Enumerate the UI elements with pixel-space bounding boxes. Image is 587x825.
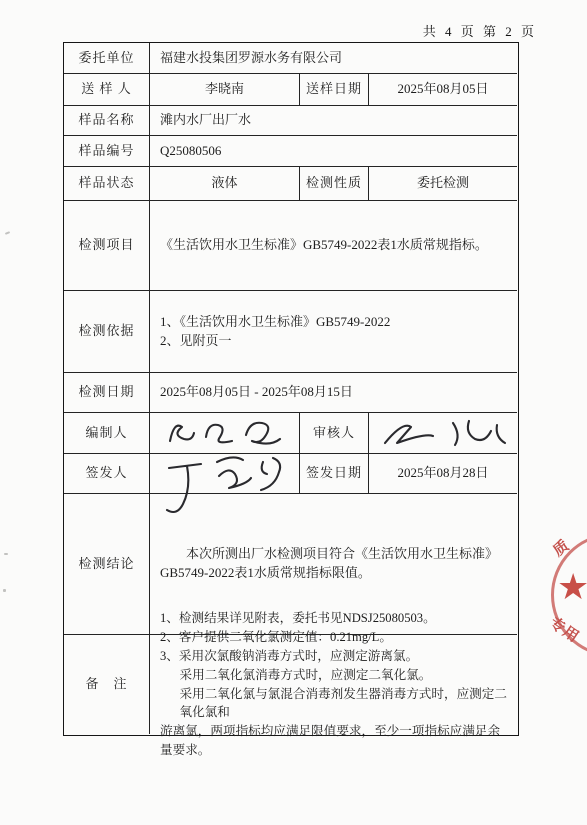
sample-no-label: 样品编号: [64, 136, 150, 167]
issue-date-label: 签发日期: [300, 454, 369, 494]
test-basis-line-2: 2、见附页一: [160, 332, 232, 351]
issuer-label: 签发人: [64, 454, 150, 494]
red-seal-partial: 质 ★ 专用: [547, 531, 587, 663]
test-items-value: 《生活饮用水卫生标准》GB5749-2022表1水质常规指标。: [150, 201, 517, 291]
sampler-value: 李晓南: [150, 74, 300, 106]
sample-date-value: 2025年08月05日: [369, 74, 517, 106]
sample-name-value: 滩内水厂出厂水: [150, 106, 517, 136]
conclusion-text: 本次所测出厂水检测项目符合《生活饮用水卫生标准》GB5749-2022表1水质常…: [160, 545, 509, 583]
issuer-signature-scribble: [159, 454, 291, 494]
sampler-label: 送 样 人: [64, 74, 150, 106]
scan-speck: [5, 231, 10, 235]
test-basis-label: 检测依据: [64, 291, 150, 373]
sample-no-value: Q25080506: [150, 136, 517, 167]
test-items-label: 检测项目: [64, 201, 150, 291]
remarks-line-2: 2、客户提供二氧化氯测定值：0.21mg/L。: [160, 628, 392, 647]
sample-state-label: 样品状态: [64, 167, 150, 201]
conclusion-label: 检测结论: [64, 494, 150, 635]
remarks-line-4: 采用二氧化氯消毒方式时，应测定二氧化氯。: [160, 666, 431, 685]
preparer-signature: 陈凯南（手写签名）: [150, 413, 300, 454]
remarks-line-5: 采用二氧化氯与氯混合消毒剂发生器消毒方式时，应测定二氧化氯和: [160, 685, 509, 723]
reviewer-label: 审核人: [300, 413, 369, 454]
page-indicator: 共 4 页 第 2 页: [423, 21, 537, 40]
issue-date-value: 2025年08月28日: [369, 454, 517, 494]
issuer-signature: 丁宗泽（手写签名）: [150, 454, 300, 494]
sample-date-label: 送样日期: [300, 74, 369, 106]
report-info-table: 委托单位 福建水投集团罗源水务有限公司 送 样 人 李晓南 送样日期 2025年…: [63, 42, 519, 736]
remarks-line-1: 1、检测结果详见附表，委托书见NDSJ25080503。: [160, 609, 436, 628]
test-date-value: 2025年08月05日 - 2025年08月15日: [150, 373, 517, 413]
remarks-label: 备 注: [64, 635, 150, 734]
scanned-report-page: 共 4 页 第 2 页 委托单位 福建水投集团罗源水务有限公司 送 样 人 李晓…: [0, 0, 587, 825]
client-unit-label: 委托单位: [64, 43, 150, 74]
test-basis-value: 1、《生活饮用水卫生标准》GB5749-2022 2、见附页一: [150, 291, 517, 373]
preparer-label: 编制人: [64, 413, 150, 454]
sample-state-value: 液体: [150, 167, 300, 201]
test-nature-label: 检测性质: [300, 167, 369, 201]
test-nature-value: 委托检测: [369, 167, 517, 201]
scan-speck: [3, 589, 6, 592]
test-basis-line-1: 1、《生活饮用水卫生标准》GB5749-2022: [160, 313, 390, 332]
seal-star-icon: ★: [557, 567, 587, 608]
sample-name-label: 样品名称: [64, 106, 150, 136]
test-date-label: 检测日期: [64, 373, 150, 413]
scan-speck: [4, 553, 8, 555]
client-unit-value: 福建水投集团罗源水务有限公司: [150, 43, 517, 74]
remarks-line-3: 3、采用次氯酸钠消毒方式时，应测定游离氯。: [160, 647, 418, 666]
reviewer-signature-scribble: [373, 413, 513, 453]
remarks-line-6: 游离氯，两项指标均应满足限值要求，至少一项指标应满足余量要求。: [160, 722, 509, 760]
remarks-value: 1、检测结果详见附表，委托书见NDSJ25080503。 2、客户提供二氧化氯测…: [150, 635, 517, 734]
preparer-signature-scribble: [162, 413, 288, 453]
reviewer-signature: （手写签名）: [369, 413, 517, 454]
